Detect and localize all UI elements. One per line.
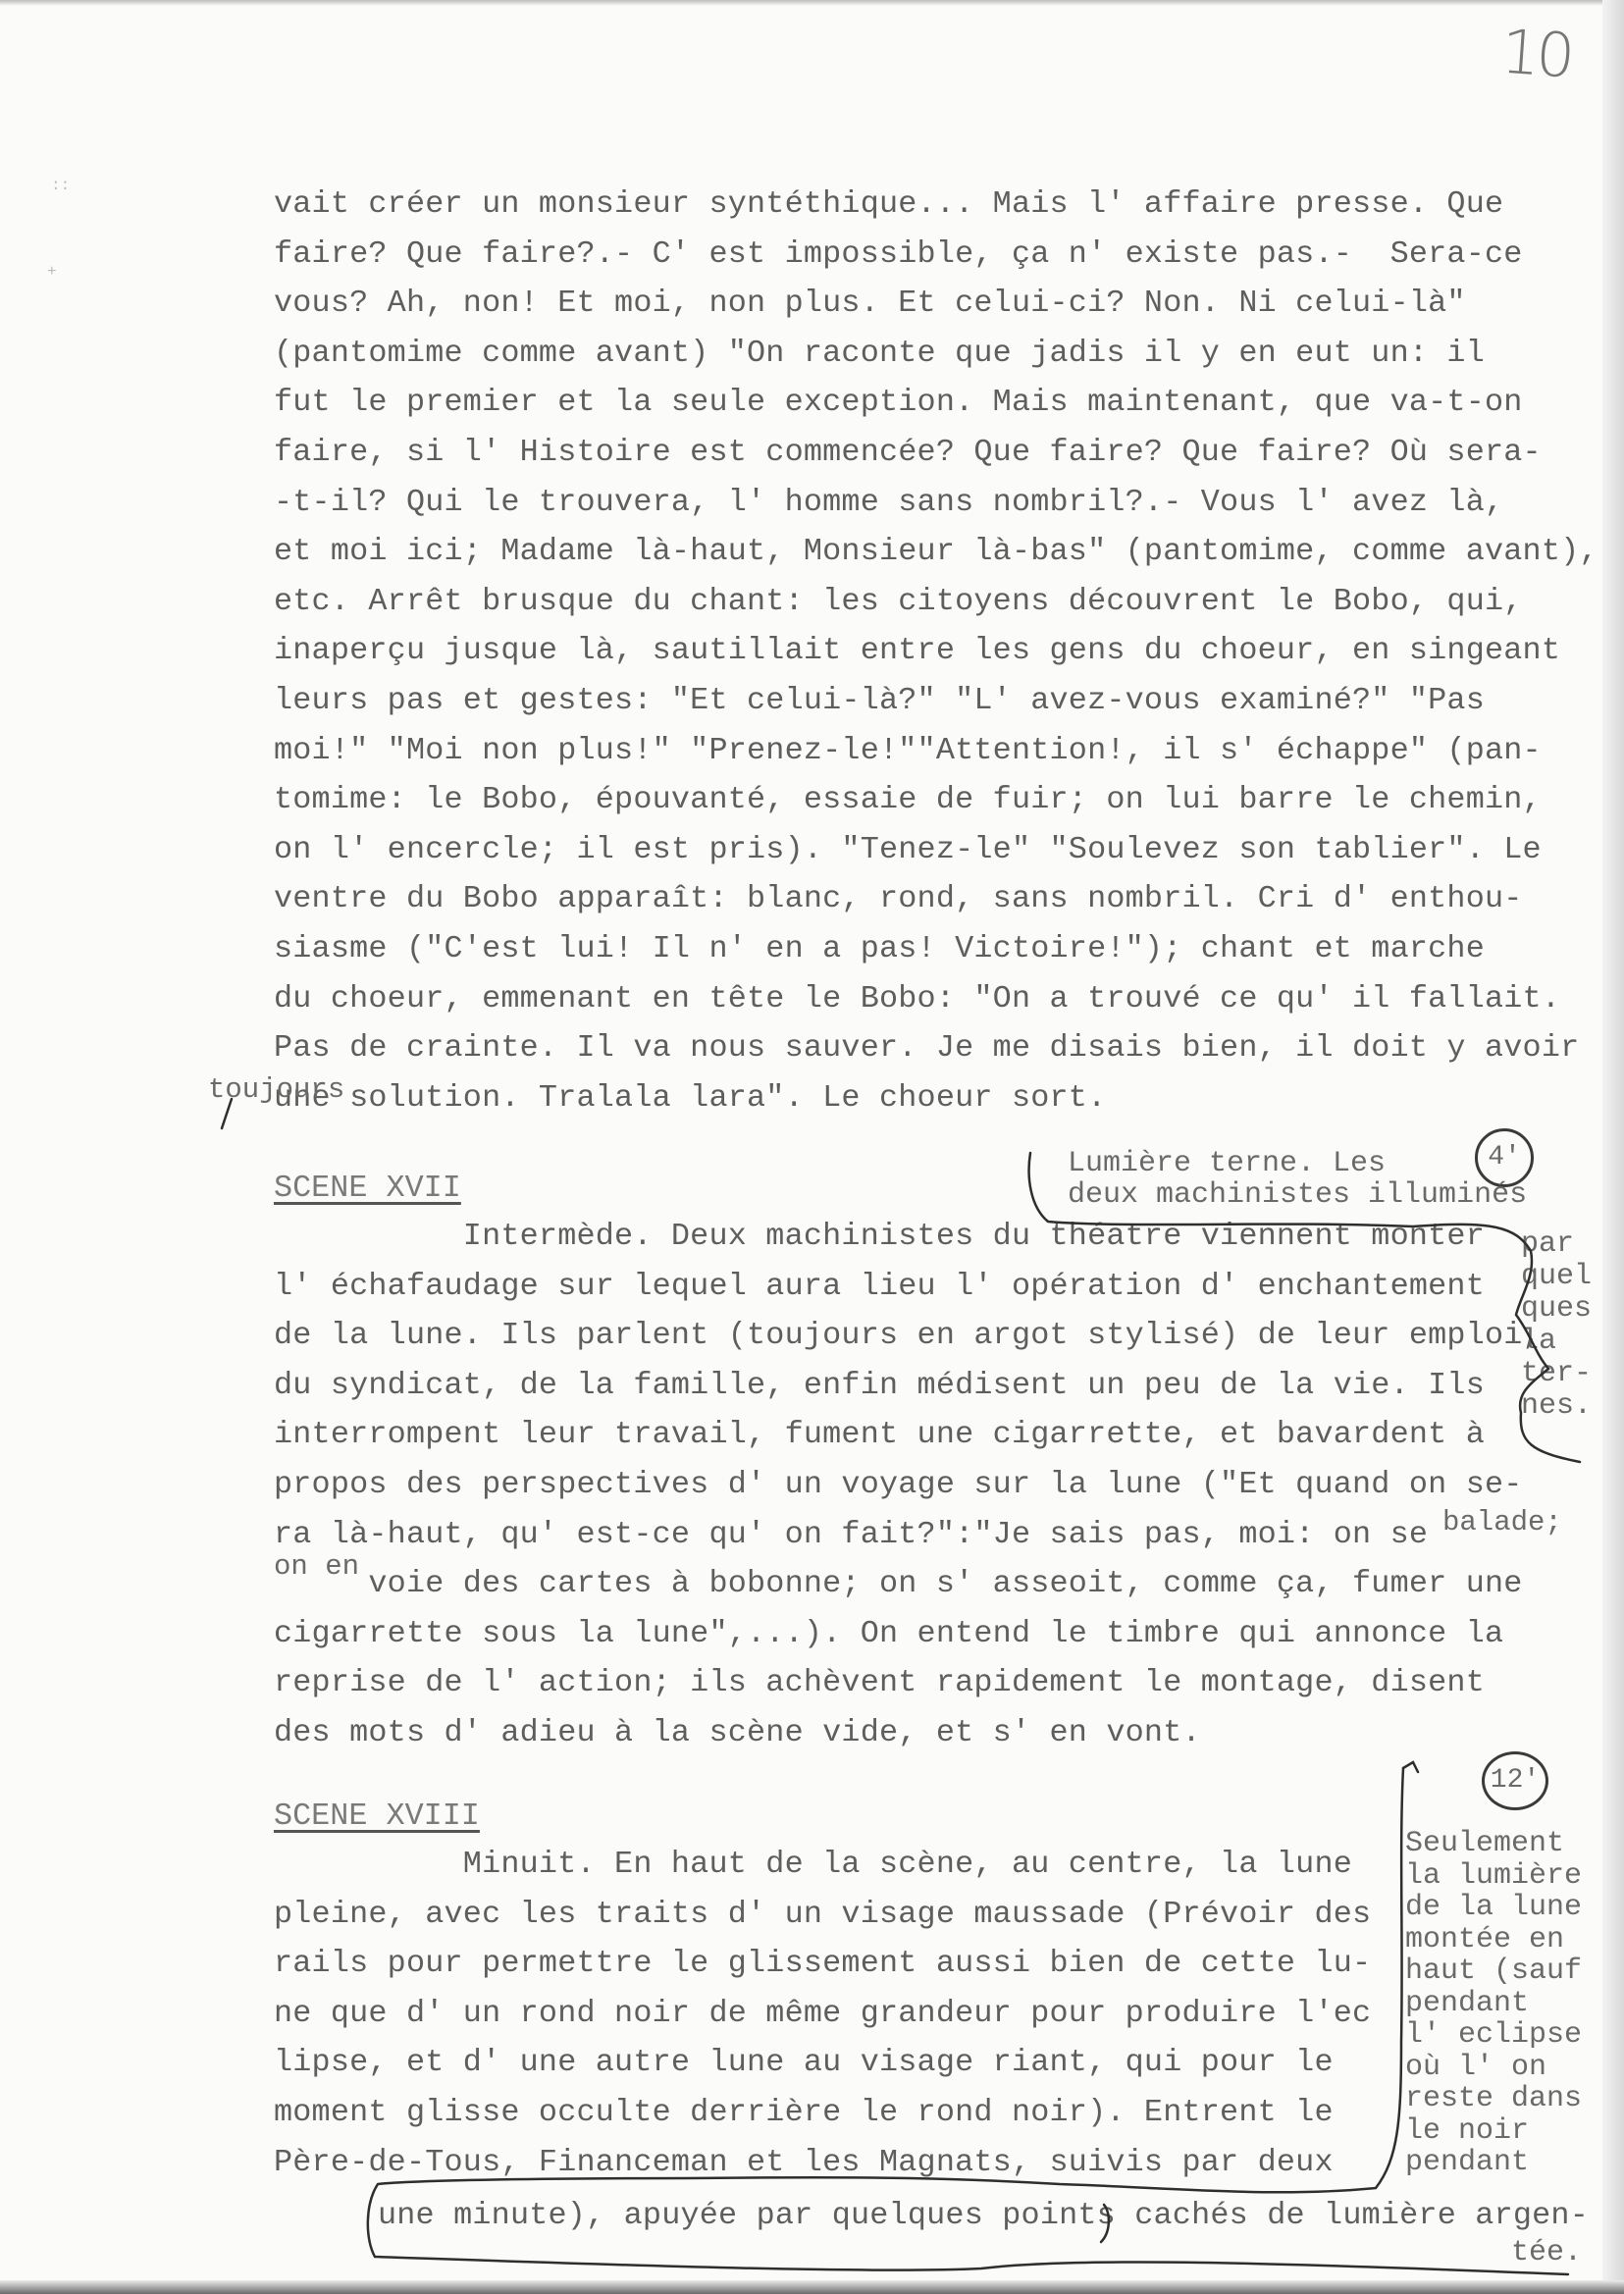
scan-bottom-edge <box>0 2280 1624 2294</box>
text-line: ra là-haut, qu' est-ce qu' on fait?":"Je… <box>274 1515 1428 1554</box>
text-line: siasme ("C'est lui! Il n' en a pas! Vict… <box>274 929 1485 968</box>
handwritten-page-number: 10 <box>1499 16 1574 92</box>
lighting-note-bottom-end: tée. <box>1511 2237 1582 2268</box>
text-line: faire? Que faire?.- C' est impossible, ç… <box>274 235 1523 274</box>
text-line: (pantomime comme avant) "On raconte que … <box>274 334 1485 373</box>
text-line: leurs pas et gestes: "Et celui-là?" "L' … <box>274 681 1485 720</box>
scene-heading-xviii: SCENE XVIII <box>274 1797 480 1836</box>
text-line: cigarrette sous la lune",...). On entend… <box>274 1614 1503 1653</box>
text-line: voie des cartes à bobonne; on s' asseoit… <box>274 1564 1523 1603</box>
text-line: tomime: le Bobo, épouvanté, essaie de fu… <box>274 780 1542 819</box>
text-line: moi!" "Moi non plus!" "Prenez-le!""Atten… <box>274 731 1542 770</box>
text-line: ventre du Bobo apparaît: blanc, rond, sa… <box>274 879 1523 918</box>
text-line: du syndicat, de la famille, enfin médise… <box>274 1366 1485 1405</box>
margin-note-line: de la lune <box>1405 1892 1582 1923</box>
text-line: du choeur, emmenant en tête le Bobo: "On… <box>274 979 1560 1018</box>
margin-note-line: haut (sauf <box>1405 1955 1582 1987</box>
text-line: et moi ici; Madame là-haut, Monsieur là-… <box>274 532 1598 571</box>
duration-circle-12: 12' <box>1482 1751 1548 1810</box>
margin-note-line: pendant <box>1405 1988 1529 2019</box>
margin-note-line: la <box>1521 1326 1556 1357</box>
text-line: moment glisse occulte derrière le rond n… <box>274 2093 1334 2132</box>
scene-heading-xvii: SCENE XVII <box>274 1169 461 1208</box>
margin-note-line: montée en <box>1405 1924 1564 1955</box>
margin-note-line: Lumière terne. Les <box>1068 1148 1386 1179</box>
handwritten-insert-balade: balade; <box>1442 1508 1562 1538</box>
text-line: fut le premier et la seule exception. Ma… <box>274 383 1523 422</box>
margin-note-line: quel <box>1521 1261 1592 1292</box>
text-line: etc. Arrêt brusque du chant: les citoyen… <box>274 582 1523 621</box>
handwritten-insert-on-en: on en <box>274 1552 359 1582</box>
text-line: reprise de l' action; ils achèvent rapid… <box>274 1663 1485 1702</box>
text-line: faire, si l' Histoire est commencée? Que… <box>274 433 1542 472</box>
text-line: Minuit. En haut de la scène, au centre, … <box>274 1845 1352 1884</box>
margin-note-line: pendant <box>1405 2147 1529 2178</box>
margin-note-line: par <box>1521 1228 1574 1260</box>
text-line: rails pour permettre le glissement aussi… <box>274 1944 1371 1983</box>
text-line: lipse, et d' une autre lune au visage ri… <box>274 2043 1334 2082</box>
margin-note-line: la lumière <box>1405 1860 1582 1892</box>
scan-right-edge <box>1602 0 1624 2294</box>
text-line: propos des perspectives d' un voyage sur… <box>274 1465 1523 1504</box>
text-line: vait créer un monsieur syntéthique... Ma… <box>274 184 1503 224</box>
margin-note-line: nes. <box>1521 1390 1592 1422</box>
margin-note-line: ques <box>1521 1293 1592 1325</box>
handwritten-insert-toujours: toujours <box>208 1075 344 1105</box>
margin-note-line: Seulement <box>1405 1828 1564 1859</box>
margin-note-line: où l' on <box>1405 2052 1546 2083</box>
margin-note-line: ter- <box>1521 1358 1592 1389</box>
text-line: ne que d' un rond noir de même grandeur … <box>274 1994 1371 2033</box>
text-line: Intermède. Deux machinistes du théatre v… <box>274 1217 1485 1256</box>
text-line: Père-de-Tous, Financeman et les Magnats,… <box>274 2143 1334 2182</box>
text-line: l' échafaudage sur lequel aura lieu l' o… <box>274 1267 1485 1306</box>
text-line: on l' encercle; il est pris). "Tenez-le"… <box>274 830 1542 869</box>
text-line: une solution. Tralala lara". Le choeur s… <box>274 1078 1106 1118</box>
text-line: inaperçu jusque là, sautillait entre les… <box>274 631 1560 670</box>
text-line: vous? Ah, non! Et moi, non plus. Et celu… <box>274 284 1466 323</box>
margin-mark: + <box>47 263 57 281</box>
margin-note-line: le noir <box>1405 2115 1529 2147</box>
text-line: Pas de crainte. Il va nous sauver. Je me… <box>274 1028 1579 1068</box>
margin-note-line: l' eclipse <box>1405 2019 1582 2051</box>
margin-mark: :: <box>51 177 70 194</box>
text-line: interrompent leur travail, fument une ci… <box>274 1415 1485 1454</box>
text-line: de la lune. Ils parlent (toujours en arg… <box>274 1316 1542 1355</box>
lighting-note-bottom: une minute), apuyée par quelques points … <box>378 2196 1589 2235</box>
text-line: -t-il? Qui le trouvera, l' homme sans no… <box>274 483 1503 522</box>
margin-note-line: deux machinistes illuminés <box>1068 1179 1527 1211</box>
margin-note-line: reste dans <box>1405 2083 1582 2114</box>
scan-top-edge <box>0 0 1624 6</box>
text-line: pleine, avec les traits d' un visage mau… <box>274 1895 1371 1934</box>
text-line: des mots d' adieu à la scène vide, et s'… <box>274 1713 1201 1752</box>
